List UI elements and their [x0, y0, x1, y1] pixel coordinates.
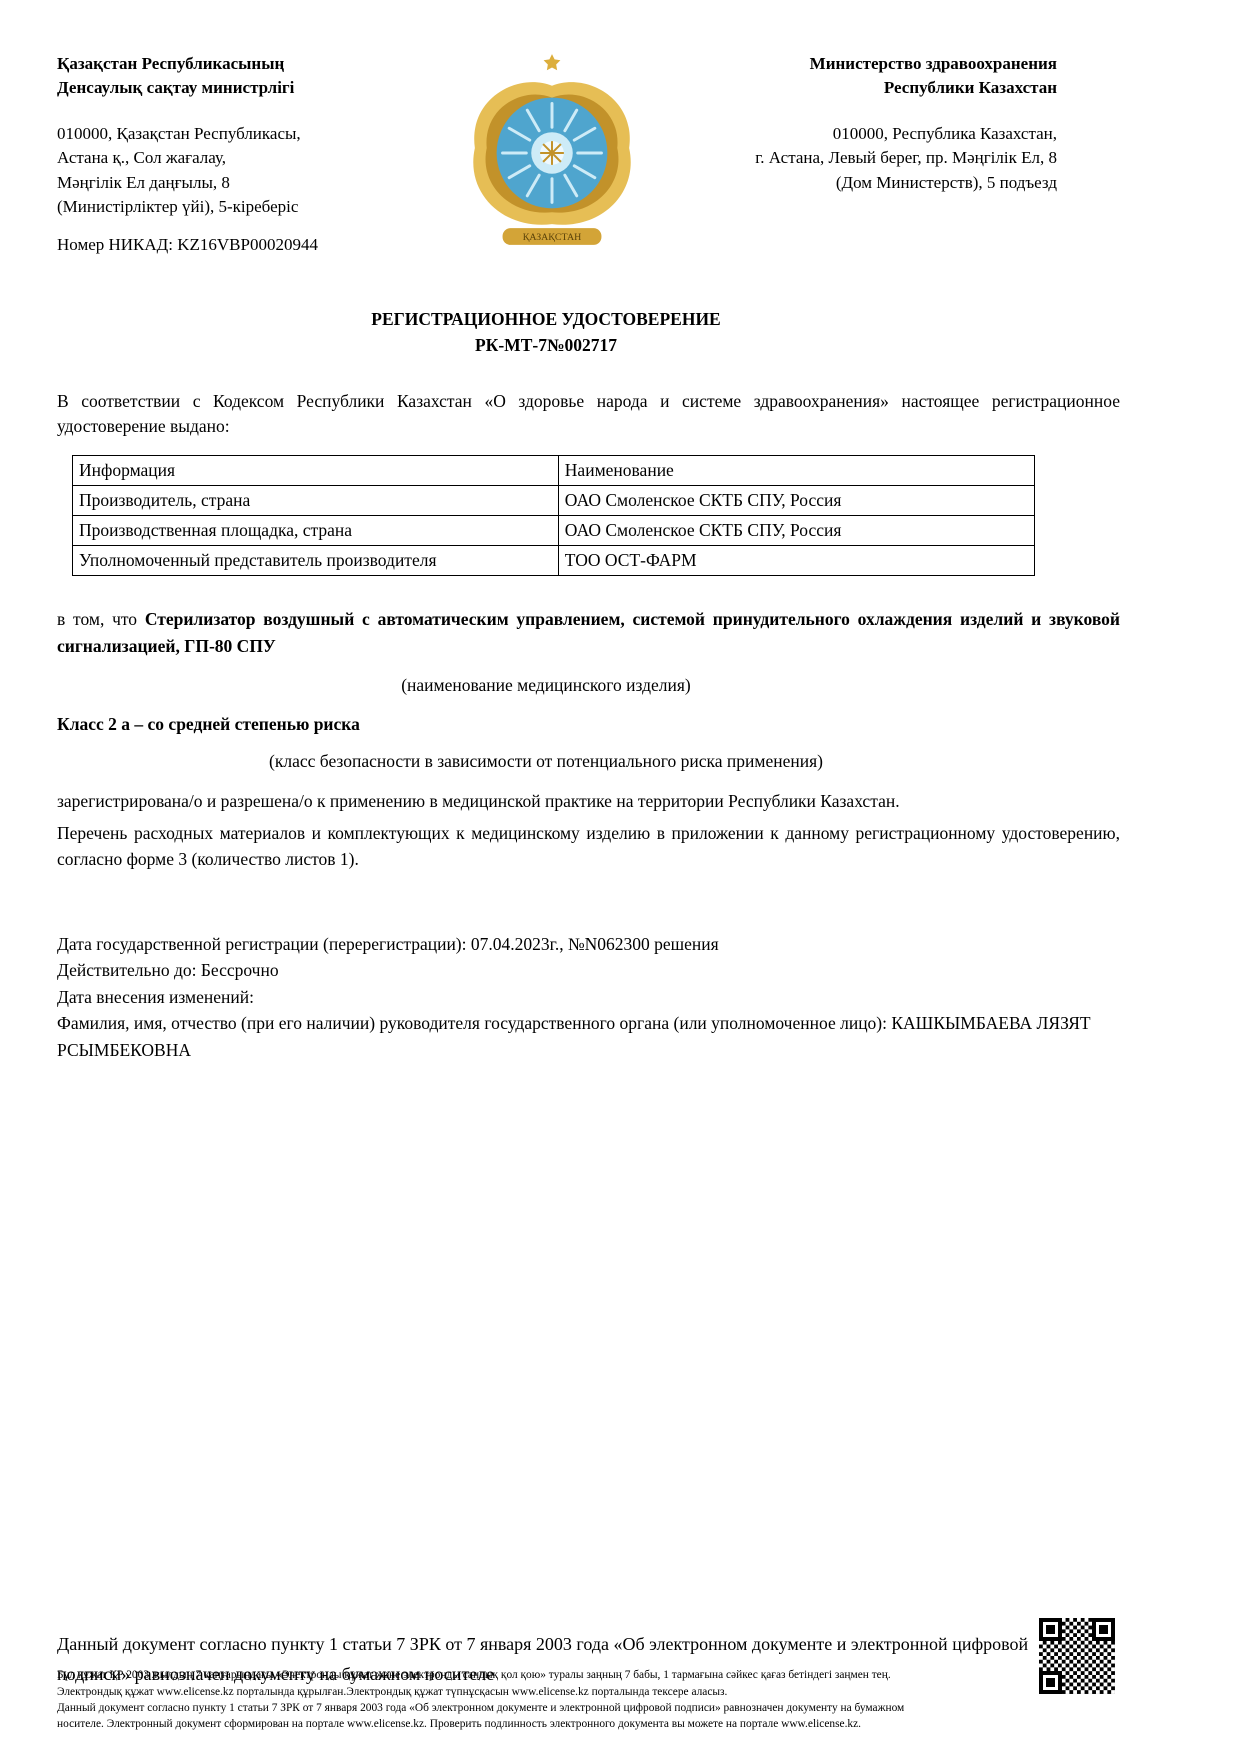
document-footer: Данный документ согласно пункту 1 статьи… [57, 1630, 1185, 1732]
table-header-row: Информация Наименование [73, 456, 1035, 486]
text-line: Министерство здравоохранения [675, 52, 1057, 76]
registration-info-table: Информация Наименование Производитель, с… [72, 455, 1035, 576]
head-official: Фамилия, имя, отчество (при его наличии)… [57, 1010, 1120, 1063]
registration-details: Дата государственной регистрации (перере… [57, 931, 1120, 1064]
text-line: Мәңгілік Ел даңғылы, 8 [57, 171, 429, 195]
header-right-russian: Министерство здравоохранения Республики … [675, 52, 1057, 264]
text-line: г. Астана, Левый берег, пр. Мәңгілік Ел,… [675, 146, 1057, 170]
table-cell: Производитель, страна [73, 486, 559, 516]
device-name: Стерилизатор воздушный с автоматическим … [57, 609, 1120, 655]
document-content: Қазақстан Республикасының Денсаулық сақт… [0, 0, 1241, 1063]
registration-date: Дата государственной регистрации (перере… [57, 931, 1120, 958]
table-cell: Уполномоченный представитель производите… [73, 546, 559, 576]
text-line: Данный документ согласно пункту 1 статьи… [57, 1700, 1062, 1716]
text-line: (Дом Министерств), 5 подъезд [675, 171, 1057, 195]
certificate-number: РК-МТ-7№002717 [57, 332, 1035, 358]
document-header: Қазақстан Республикасының Денсаулық сақт… [57, 52, 1120, 264]
table-row: Производитель, страна ОАО Смоленское СКТ… [73, 486, 1035, 516]
table-header-info: Информация [73, 456, 559, 486]
header-left-kazakh: Қазақстан Республикасының Денсаулық сақт… [57, 52, 429, 264]
equivalence-statement: Данный документ согласно пункту 1 статьи… [57, 1630, 1042, 1689]
device-statement: в том, что Стерилизатор воздушный с авто… [57, 606, 1120, 659]
table-cell: ОАО Смоленское СКТБ СПУ, Россия [558, 486, 1034, 516]
table-cell: ОАО Смоленское СКТБ СПУ, Россия [558, 516, 1034, 546]
text-line: 010000, Республика Казахстан, [675, 122, 1057, 146]
table-row: Уполномоченный представитель производите… [73, 546, 1035, 576]
table-cell: ТОО ОСТ-ФАРМ [558, 546, 1034, 576]
table-header-name: Наименование [558, 456, 1034, 486]
nikad-number: Номер НИКАД: KZ16VBP00020944 [57, 233, 429, 257]
table-cell: Производственная площадка, страна [73, 516, 559, 546]
qr-finder-icon [1039, 1618, 1062, 1641]
text-line: Денсаулық сақтау министрлігі [57, 76, 429, 100]
risk-class-caption: (класс безопасности в зависимости от пот… [57, 751, 1035, 772]
emblem-banner-text: ҚАЗАҚСТАН [523, 232, 582, 243]
text-line: (Министірліктер үйі), 5-кіреберіс [57, 195, 429, 219]
risk-class: Класс 2 а – со средней степенью риска [57, 714, 1120, 735]
text-line: 010000, Қазақстан Республикасы, [57, 122, 429, 146]
text-line: Республики Казахстан [675, 76, 1057, 100]
text-line: Қазақстан Республикасының [57, 52, 429, 76]
text-line: Астана қ., Сол жағалау, [57, 146, 429, 170]
table-row: Производственная площадка, страна ОАО См… [73, 516, 1035, 546]
ministry-address-ru: 010000, Республика Казахстан, г. Астана,… [675, 122, 1057, 194]
qr-finder-icon [1092, 1618, 1115, 1641]
text-line: носителе. Электронный документ сформиров… [57, 1716, 1062, 1732]
annex-statement: Перечень расходных материалов и комплект… [57, 820, 1120, 873]
device-name-caption: (наименование медицинского изделия) [57, 675, 1035, 696]
emblem-container: ҚАЗАҚСТАН [429, 52, 675, 264]
intro-paragraph: В соответствии с Кодексом Республики Каз… [57, 389, 1120, 440]
registered-statement: зарегистрирована/о и разрешена/о к приме… [57, 788, 1120, 814]
valid-until: Действительно до: Бессрочно [57, 957, 1120, 984]
ministry-address-kk: 010000, Қазақстан Республикасы, Астана қ… [57, 122, 429, 219]
ministry-title-kk: Қазақстан Республикасының Денсаулық сақт… [57, 52, 429, 100]
certificate-title: РЕГИСТРАЦИОННОЕ УДОСТОВЕРЕНИЕ [57, 306, 1035, 332]
ministry-title-ru: Министерство здравоохранения Республики … [675, 52, 1057, 100]
text-line: в том, что [57, 609, 145, 629]
document-title: РЕГИСТРАЦИОННОЕ УДОСТОВЕРЕНИЕ РК-МТ-7№00… [57, 306, 1035, 359]
document-page: Қазақстан Республикасының Денсаулық сақт… [0, 0, 1241, 1754]
kazakhstan-coat-of-arms: ҚАЗАҚСТАН [463, 52, 641, 248]
amendment-date: Дата внесения изменений: [57, 984, 1120, 1011]
